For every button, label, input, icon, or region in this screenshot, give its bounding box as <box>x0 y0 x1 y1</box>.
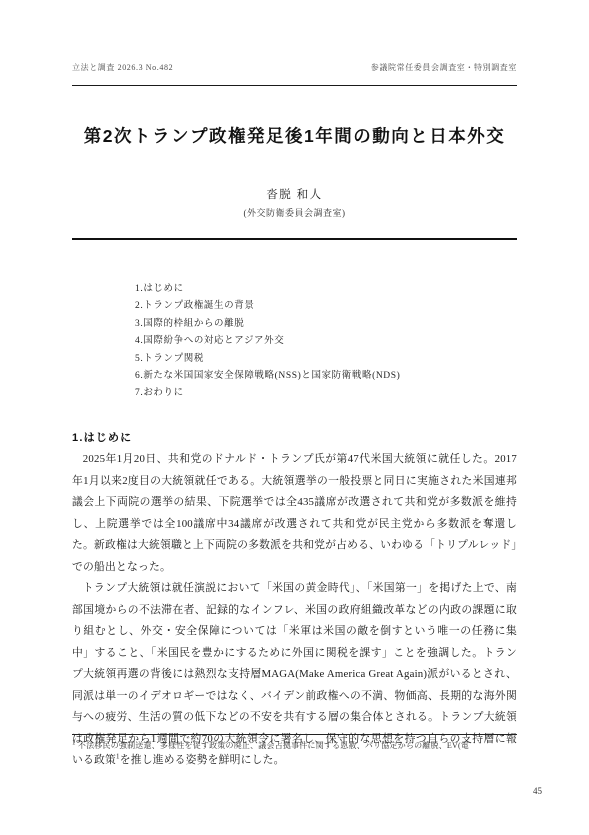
toc-item: 5.トランプ関税 <box>135 351 400 368</box>
header-divider <box>72 85 517 86</box>
office-name: 参議院常任委員会調査室・特別調査室 <box>371 62 517 73</box>
table-of-contents: 1.はじめに 2.トランプ政権誕生の背景 3.国際的枠組からの離脱 4.国際紛争… <box>135 281 400 403</box>
paragraph-text: トランプ大統領は就任演説において「米国の黄金時代」、「米国第一」を掲げた上で、南… <box>72 582 517 766</box>
title-divider <box>72 238 517 240</box>
journal-issue-info: 立法と調査 2026.3 No.482 <box>72 62 173 73</box>
author-affiliation: (外交防衛委員会調査室) <box>0 206 589 219</box>
footnote-text: 不法移民の強制送還、多様性を促す政策の廃止、議会占拠事件に関する恩赦、パリ協定か… <box>78 741 469 750</box>
article-title: 第2次トランプ政権発足後1年間の動向と日本外交 <box>0 123 589 148</box>
section-heading: 1.はじめに <box>72 429 132 445</box>
running-head: 立法と調査 2026.3 No.482 参議院常任委員会調査室・特別調査室 <box>72 62 517 73</box>
body-paragraph: 2025年1月20日、共和党のドナルド・トランプ氏が第47代米国大統領に就任した… <box>72 449 517 578</box>
article-body: 2025年1月20日、共和党のドナルド・トランプ氏が第47代米国大統領に就任した… <box>72 449 517 772</box>
toc-item: 3.国際的枠組からの離脱 <box>135 316 400 333</box>
footnote-marker: 1 <box>72 738 76 746</box>
toc-item: 2.トランプ政権誕生の背景 <box>135 298 400 315</box>
paragraph-text: 2025年1月20日、共和党のドナルド・トランプ氏が第47代米国大統領に就任した… <box>72 453 517 573</box>
toc-item: 7.おわりに <box>135 385 400 402</box>
toc-item: 6.新たな米国国家安全保障戦略(NSS)と国家防衛戦略(NDS) <box>135 368 400 385</box>
toc-item: 4.国際紛争への対応とアジア外交 <box>135 333 400 350</box>
page-number: 45 <box>533 786 542 796</box>
footnote-divider <box>72 734 517 735</box>
toc-item: 1.はじめに <box>135 281 400 298</box>
footnote: 1 不法移民の強制送還、多様性を促す政策の廃止、議会占拠事件に関する恩赦、パリ協… <box>72 740 532 752</box>
journal-page: 立法と調査 2026.3 No.482 参議院常任委員会調査室・特別調査室 第2… <box>0 0 589 835</box>
paragraph-text: を推し進める姿勢を鮮明にした。 <box>120 754 285 766</box>
author-name: 沓脱 和人 <box>0 186 589 202</box>
